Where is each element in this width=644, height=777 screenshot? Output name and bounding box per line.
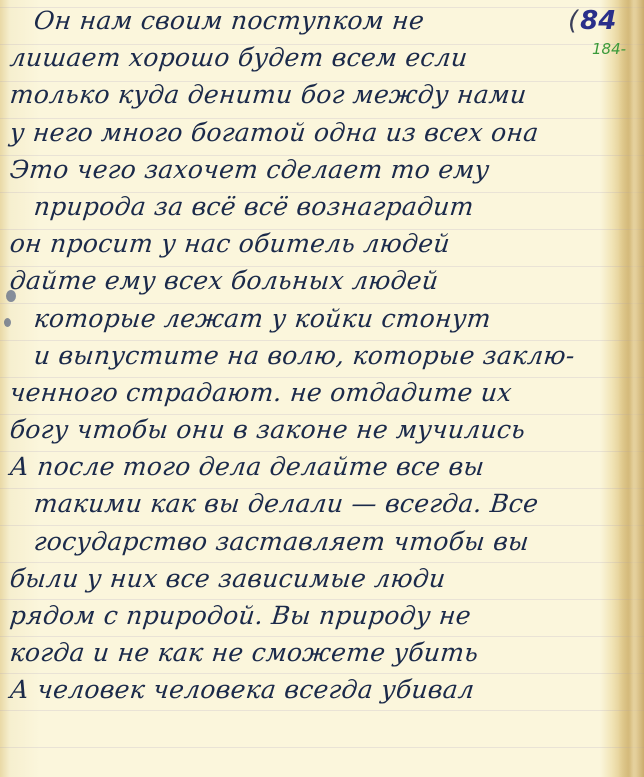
text-line: богу чтобы они в законе не мучились bbox=[8, 411, 582, 448]
text-line: только куда денити бог между нами bbox=[8, 76, 582, 113]
text-line: государство заставляет чтобы вы bbox=[8, 523, 582, 560]
text-line: были у них все зависимые люди bbox=[8, 560, 582, 597]
text-line: и выпустите на волю, которые заклю- bbox=[8, 337, 582, 374]
manuscript-page: (84 184- Он нам своим поступком не лишае… bbox=[0, 0, 644, 777]
text-line: которые лежат у койки стонут bbox=[8, 300, 582, 337]
page-edge bbox=[618, 0, 644, 777]
page-number-primary: 84 bbox=[580, 6, 616, 36]
text-line: А после того дела делайте все вы bbox=[8, 448, 582, 485]
text-line: А человек человека всегда убивал bbox=[8, 671, 582, 708]
page-number-secondary: 184- bbox=[592, 40, 626, 58]
text-line: лишает хорошо будет всем если bbox=[8, 39, 582, 76]
text-line: рядом с природой. Вы природу не bbox=[8, 597, 582, 634]
text-line: он просит у нас обитель людей bbox=[8, 225, 582, 262]
text-line: Он нам своим поступком не bbox=[8, 2, 582, 39]
text-line: такими как вы делали — всегда. Все bbox=[8, 485, 582, 522]
text-line: Это чего захочет сделает то ему bbox=[8, 151, 582, 188]
text-line: когда и не как не сможете убить bbox=[8, 634, 582, 671]
handwritten-text: Он нам своим поступком не лишает хорошо … bbox=[8, 2, 578, 709]
text-line: дайте ему всех больных людей bbox=[8, 262, 582, 299]
text-line: ченного страдают. не отдадите их bbox=[8, 374, 582, 411]
text-line: природа за всё всё вознаградит bbox=[8, 188, 582, 225]
text-line: у него много богатой одна из всех она bbox=[8, 114, 582, 151]
